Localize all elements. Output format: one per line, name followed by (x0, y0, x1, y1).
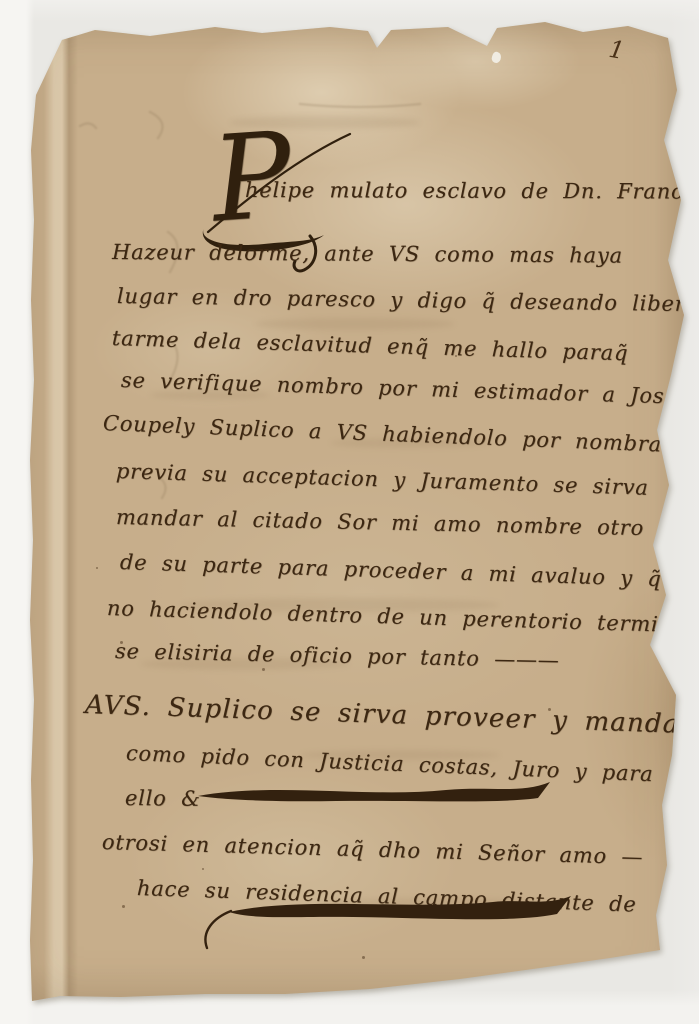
ink-speck (262, 668, 265, 671)
paper-shadow-wrap: 1 P helipe mulato esclavo de Dn. Franco … (0, 0, 699, 1024)
manuscript-line: helipe mulato esclavo de Dn. Franco — (245, 178, 699, 204)
manuscript-line: ello & (125, 786, 201, 811)
pen-flourish-rule (196, 772, 566, 817)
ink-speck (96, 567, 98, 569)
ink-speck (202, 868, 204, 870)
scanned-manuscript-page: 1 P helipe mulato esclavo de Dn. Franco … (0, 0, 699, 1024)
bottom-flourish-rule (193, 890, 588, 960)
bleedthrough-smudge (255, 318, 455, 330)
manuscript-paper: 1 P helipe mulato esclavo de Dn. Franco … (0, 0, 699, 1024)
ink-speck (122, 905, 125, 908)
manuscript-line: Hazeur delorme, ante VS como mas haya (112, 240, 623, 268)
